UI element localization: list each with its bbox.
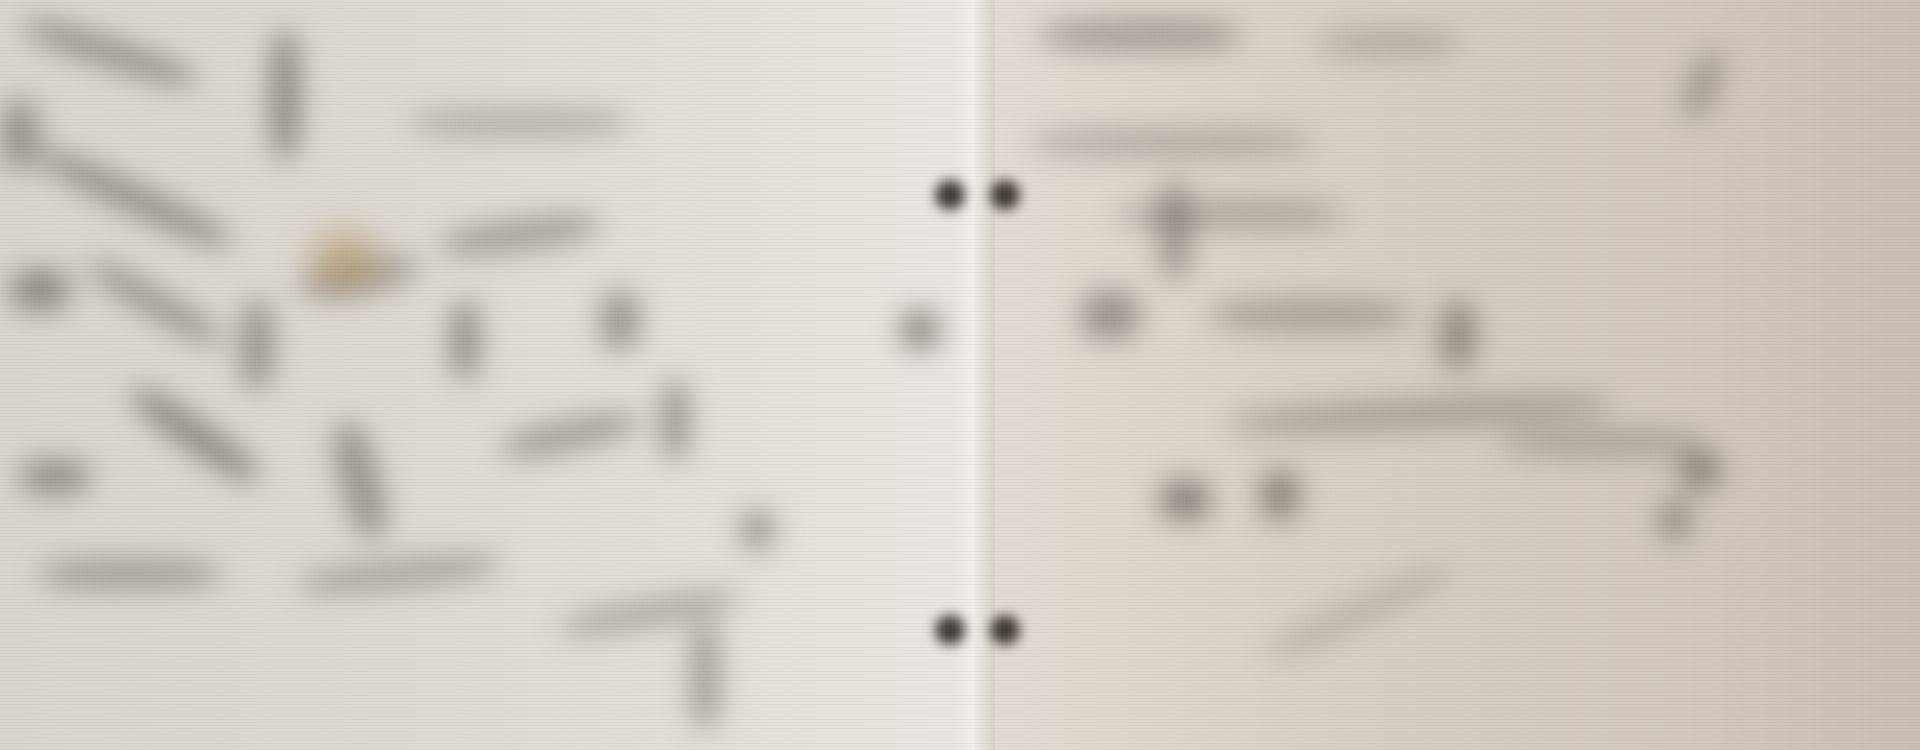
notebook-spread [0,0,1920,750]
film-grain [0,0,1920,750]
